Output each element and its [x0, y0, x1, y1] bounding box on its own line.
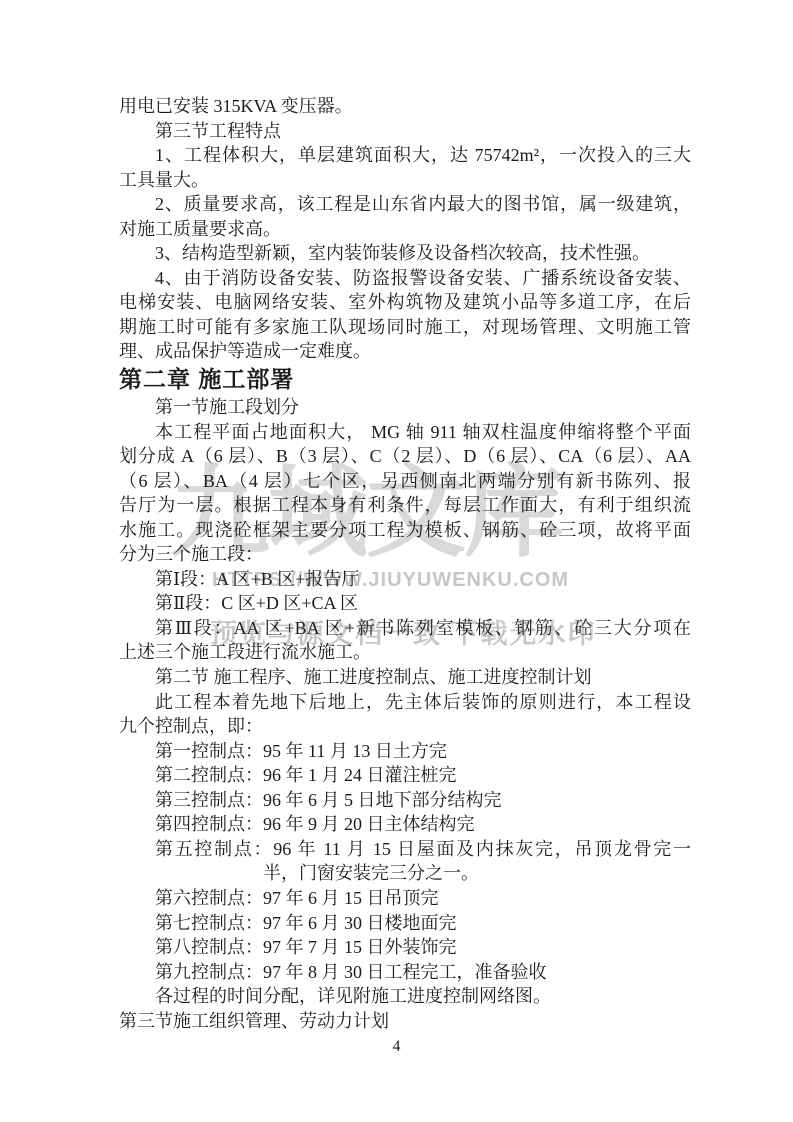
chapter-heading: 第二章 施工部署: [119, 364, 691, 395]
text-line: 第二控制点：96 年 1 月 24 日灌注桩完: [119, 763, 691, 788]
text-line: 期施工时可能有多家施工队现场同时施工，对现场管理、文明施工管: [119, 315, 691, 340]
text-line: 第Ⅰ段：A 区+B 区+报告厅: [119, 567, 691, 592]
text-line: 第一节施工段划分: [119, 395, 691, 420]
text-line: 第八控制点：97 年 7 月 15 日外装饰完: [119, 935, 691, 960]
text-line: 此工程本着先地下后地上，先主体后装饰的原则进行，本工程设: [119, 690, 691, 715]
text-line: （6 层）、BA（4 层）七个区，另西侧南北两端分别有新书陈列、报: [119, 469, 691, 494]
text-line: 第Ⅲ段：AA 区+BA 区+新书陈列室模板、钢筋、砼三大分项在: [119, 616, 691, 641]
text-line: 第三节施工组织管理、劳动力计划: [119, 1009, 691, 1034]
text-line: 第一控制点：95 年 11 月 13 日土方完: [119, 739, 691, 764]
text-line: 第Ⅱ段：C 区+D 区+CA 区: [119, 591, 691, 616]
text-line: 第二节 施工程序、施工进度控制点、施工进度控制计划: [119, 665, 691, 690]
document-page: 九域文库 HTTPS://WWW.JIUYUWENKU.COM 预览与源文档一致…: [0, 0, 793, 1122]
text-line: 理、成品保护等造成一定难度。: [119, 339, 691, 364]
text-line: 水施工。现浇砼框架主要分项工程为模板、钢筋、砼三项，故将平面: [119, 518, 691, 543]
text-line: 工具量大。: [119, 168, 691, 193]
text-line: 各过程的时间分配，详见附施工进度控制网络图。: [119, 984, 691, 1009]
text-line: 第五控制点：96 年 11 月 15 日屋面及内抹灰完，吊顶龙骨完一: [119, 837, 691, 862]
text-line: 本工程平面占地面积大， MG 轴 911 轴双柱温度伸缩将整个平面: [119, 420, 691, 445]
text-line: 半，门窗安装完三分之一。: [119, 861, 691, 886]
text-line: 第六控制点：97 年 6 月 15 日吊顶完: [119, 886, 691, 911]
document-content: 用电已安装 315KVA 变压器。第三节工程特点1、工程体积大，单层建筑面积大，…: [119, 94, 691, 1033]
text-line: 电梯安装、电脑网络安装、室外构筑物及建筑小品等多道工序，在后: [119, 290, 691, 315]
text-line: 第四控制点：96 年 9 月 20 日主体结构完: [119, 812, 691, 837]
text-line: 划分成 A（6 层）、B（3 层）、C（2 层）、D（6 层）、CA（6 层）、…: [119, 444, 691, 469]
text-line: 1、工程体积大，单层建筑面积大，达 75742m²，一次投入的三大: [119, 143, 691, 168]
text-line: 分为三个施工段：: [119, 542, 691, 567]
text-line: 3、结构造型新颖，室内装饰装修及设备档次较高，技术性强。: [119, 241, 691, 266]
text-line: 对施工质量要求高。: [119, 217, 691, 242]
text-line: 第七控制点：97 年 6 月 30 日楼地面完: [119, 911, 691, 936]
text-line: 2、质量要求高，该工程是山东省内最大的图书馆，属一级建筑，: [119, 192, 691, 217]
page-number: 4: [0, 1038, 793, 1056]
text-line: 第三节工程特点: [119, 119, 691, 144]
text-line: 九个控制点，即：: [119, 714, 691, 739]
text-line: 告厅为一层。根据工程本身有利条件，每层工作面大，有利于组织流: [119, 493, 691, 518]
text-line: 用电已安装 315KVA 变压器。: [119, 94, 691, 119]
text-line: 4、由于消防设备安装、防盗报警设备安装、广播系统设备安装、: [119, 266, 691, 291]
text-line: 上述三个施工段进行流水施工。: [119, 640, 691, 665]
text-line: 第三控制点：96 年 6 月 5 日地下部分结构完: [119, 788, 691, 813]
text-line: 第九控制点：97 年 8 月 30 日工程完工，准备验收: [119, 960, 691, 985]
